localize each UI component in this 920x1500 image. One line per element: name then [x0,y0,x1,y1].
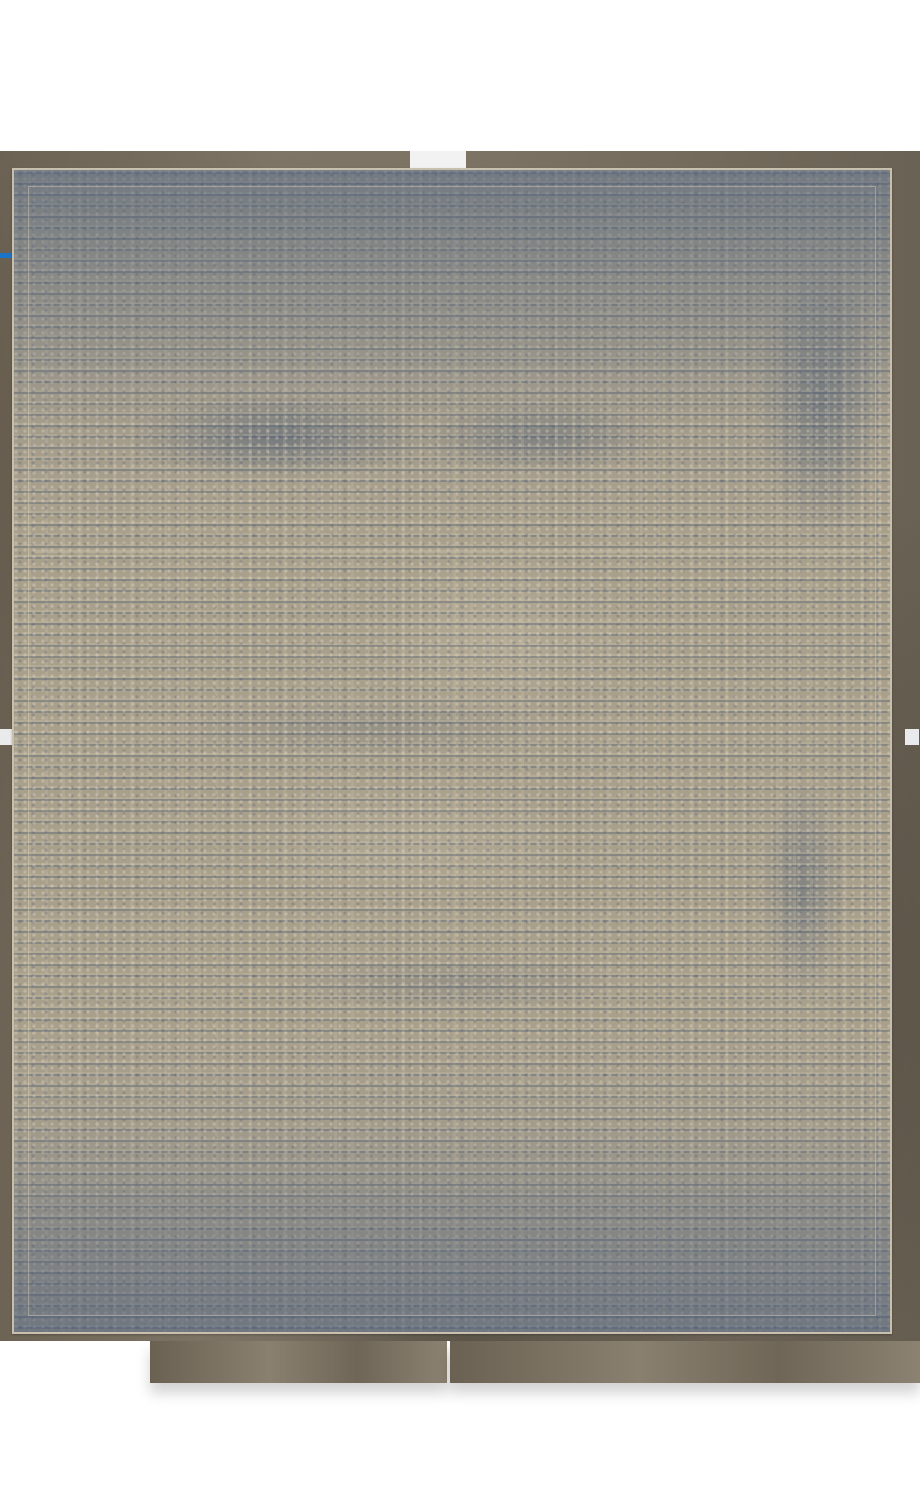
rug-inner-border [28,186,876,1316]
board-gap [410,151,466,169]
blue-tape-marker [0,253,12,258]
right-notch [905,729,919,745]
rug [12,168,892,1334]
photo-stage [0,0,920,1500]
backing-board-lower-left [150,1341,447,1383]
rug-field-line [34,550,870,553]
backing-board-lower-right [450,1341,920,1383]
